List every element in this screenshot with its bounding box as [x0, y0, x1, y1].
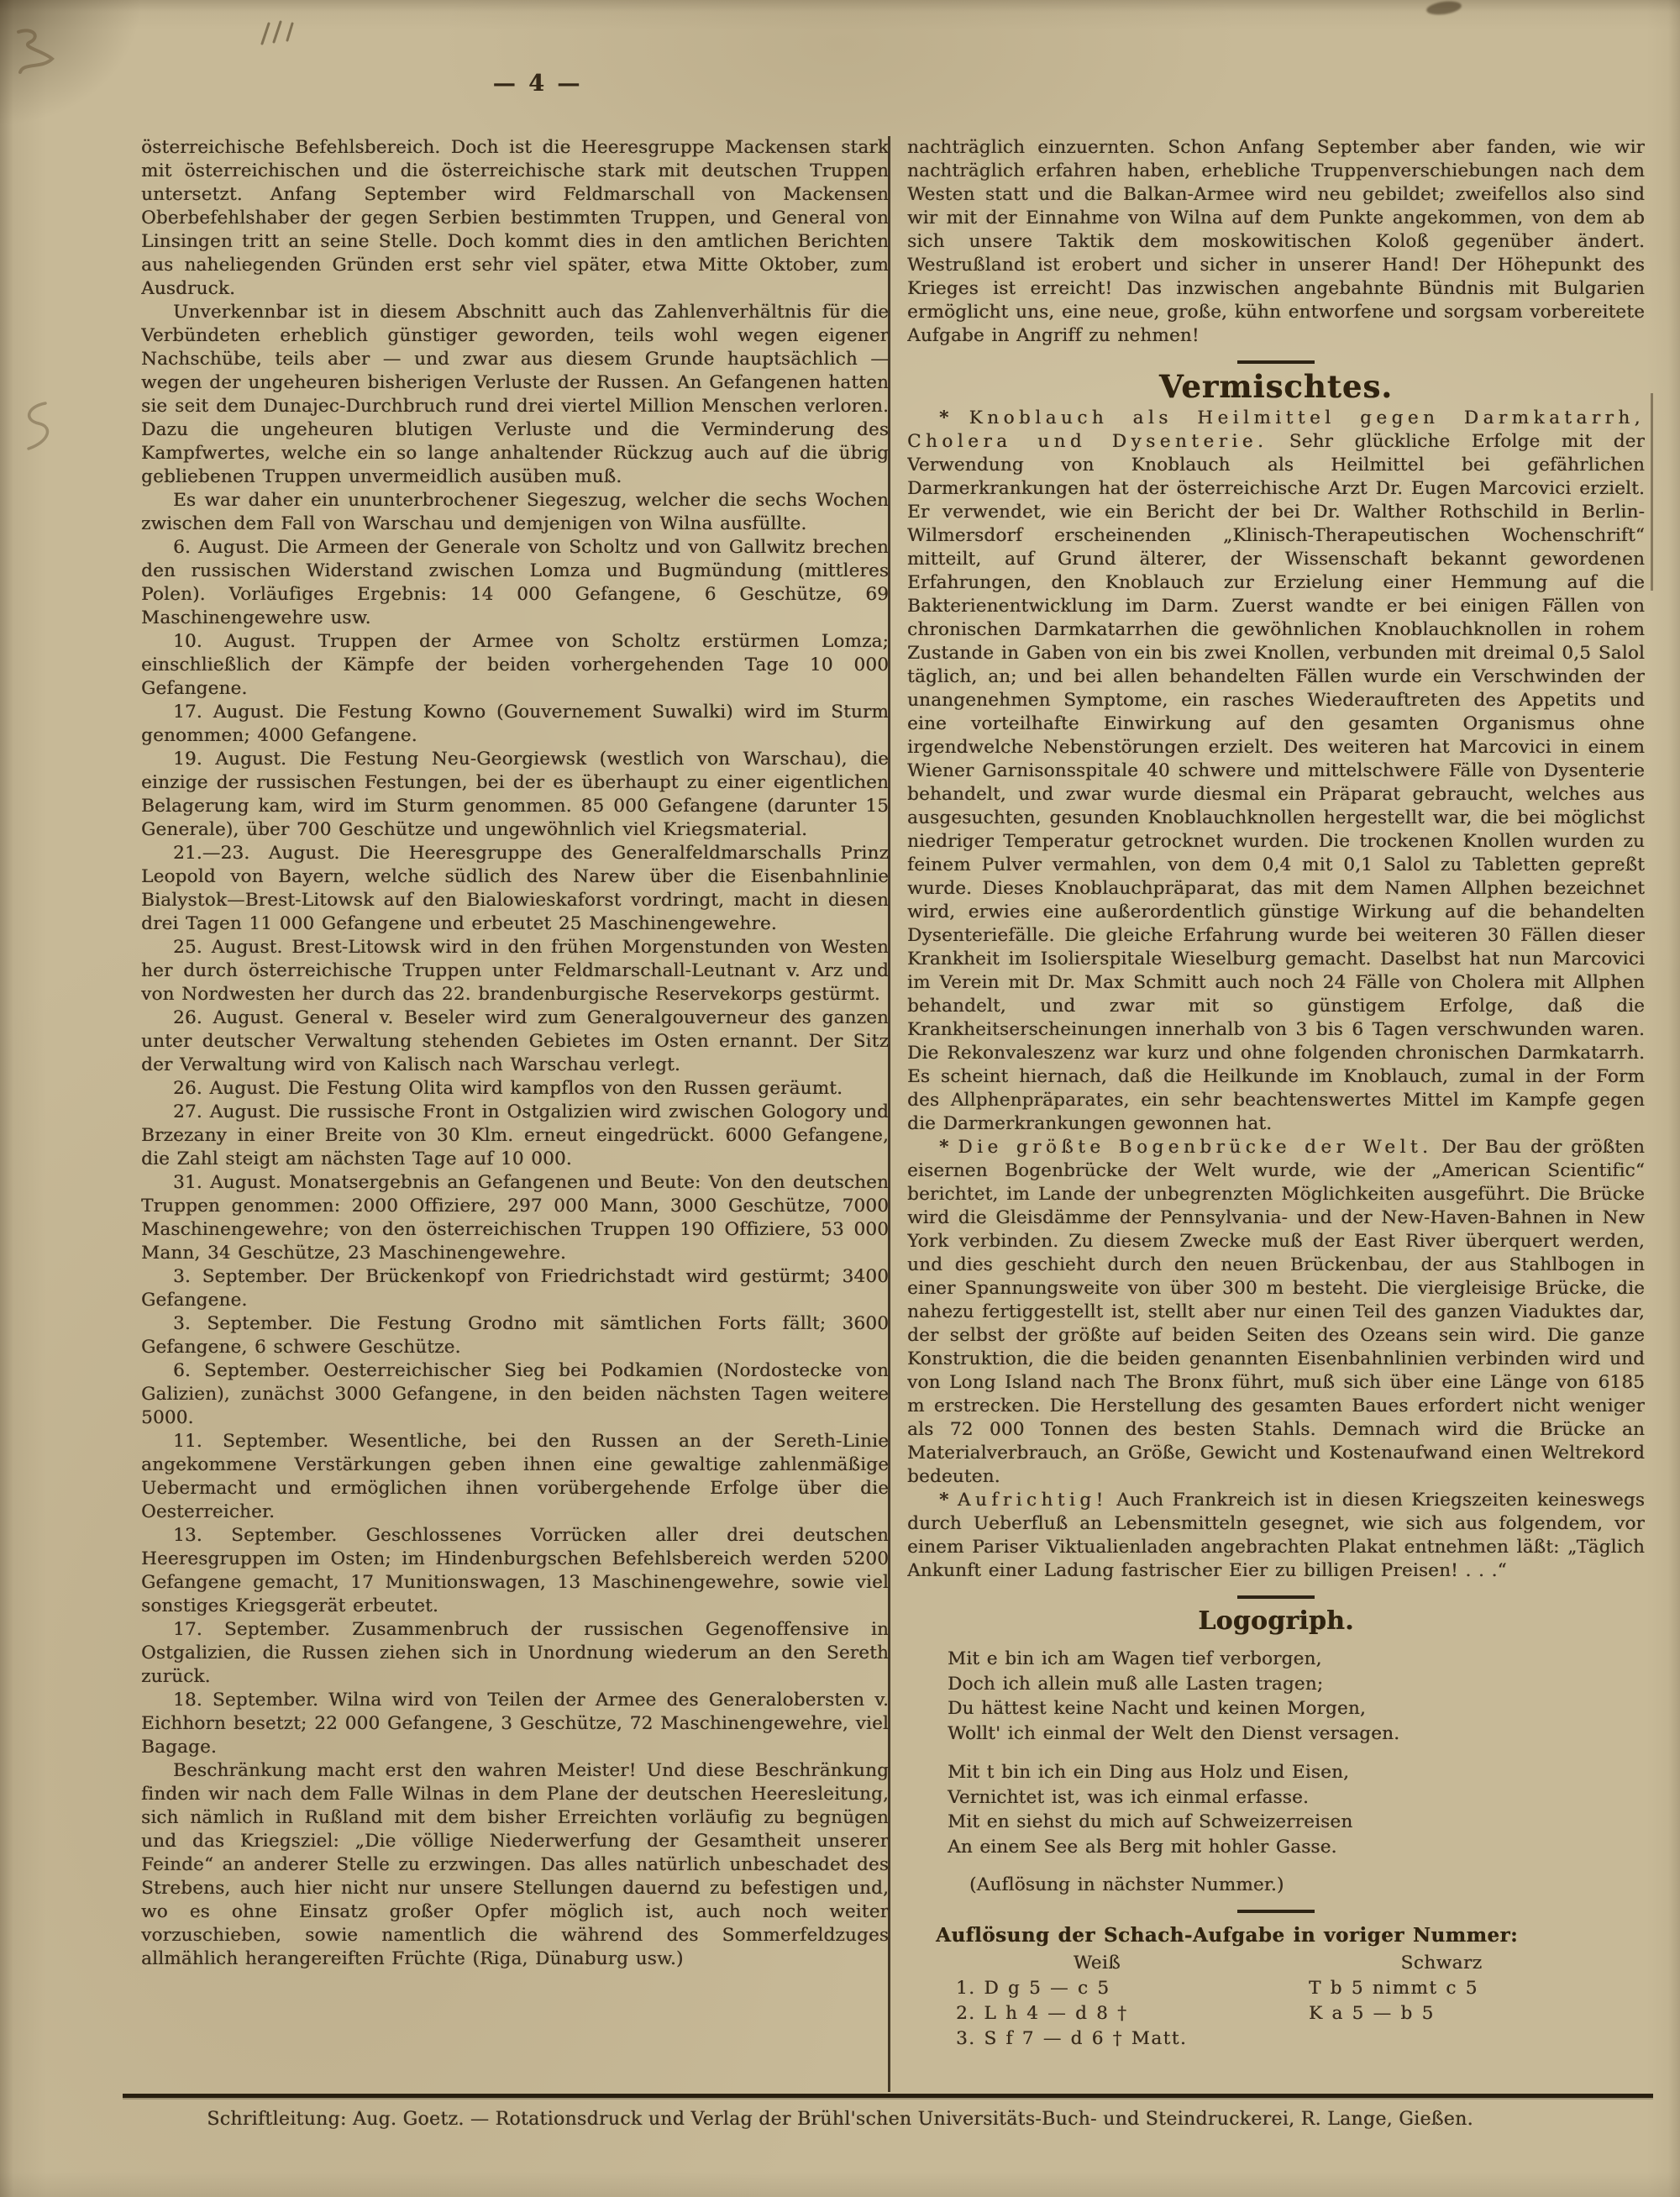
article-paragraph: 19. August. Die Festung Neu-Georgiewsk (…	[141, 748, 889, 842]
article-paragraph: 11. September. Wesentliche, bei den Russ…	[141, 1430, 889, 1524]
item-star-marker: *	[939, 1490, 948, 1511]
misc-news-item: * Knoblauch als Heilmittel gegen Darmkat…	[907, 407, 1645, 1136]
item-star-marker: *	[939, 1137, 948, 1158]
article-paragraph: 27. August. Die russische Front in Ostga…	[141, 1101, 889, 1171]
chess-white-header: Weiß	[937, 1951, 1257, 1976]
poem-stanza-1: Mit e bin ich am Wagen tief verborgen,Do…	[948, 1647, 1645, 1746]
black-move: T b 5 nimmt c 5	[1257, 1976, 1626, 2001]
poem-line: Mit e bin ich am Wagen tief verborgen,	[948, 1647, 1645, 1672]
chess-move-row: 3. S f 7 — d 6 † Matt.	[937, 2026, 1626, 2052]
article-paragraph: Beschränkung macht erst den wahren Meist…	[141, 1759, 889, 1971]
item-body-text: Sehr glückliche Erfolge mit der Verwendu…	[907, 431, 1645, 1134]
poem-line: Mit t bin ich ein Ding aus Holz und Eise…	[948, 1760, 1645, 1785]
article-paragraph: 26. August. General v. Beseler wird zum …	[141, 1007, 889, 1077]
logogriph-section-title: Logogriph.	[907, 1610, 1645, 1633]
item-star-marker: *	[939, 407, 948, 428]
article-paragraph: 6. August. Die Armeen der Generale von S…	[141, 536, 889, 630]
left-column: österreichische Befehlsbereich. Doch ist…	[141, 136, 889, 1971]
chess-solution-block: Auflösung der Schach-Aufgabe in voriger …	[907, 1924, 1645, 2052]
article-paragraph: 17. August. Die Festung Kowno (Gouvernem…	[141, 701, 889, 748]
scan-corner-shadow	[0, 0, 143, 126]
logogriph-solution-note: (Auflösung in nächster Nummer.)	[969, 1874, 1645, 1897]
page-edge-crease	[1651, 393, 1653, 591]
article-paragraph: Unverkennbar ist in diesem Abschnitt auc…	[141, 301, 889, 489]
article-paragraph: 13. September. Geschlossenes Vorrücken a…	[141, 1524, 889, 1618]
chess-move-row: 2. L h 4 — d 8 † K a 5 — b 5	[937, 2001, 1626, 2026]
poem-line: Du hättest keine Nacht und keinen Morgen…	[948, 1696, 1645, 1721]
chess-color-headers: Weiß Schwarz	[937, 1951, 1626, 1976]
article-paragraph: 25. August. Brest-Litowsk wird in den fr…	[141, 936, 889, 1007]
poem-line: Mit en siehst du mich auf Schweizerreise…	[948, 1810, 1645, 1835]
white-move: 1. D g 5 — c 5	[937, 1976, 1257, 2001]
misc-news-item: * Aufrichtig! Auch Frankreich ist in die…	[907, 1489, 1645, 1583]
vermischtes-items: * Knoblauch als Heilmittel gegen Darmkat…	[907, 407, 1645, 1583]
newspaper-page: — 4 — österreichische Befehlsbereich. Do…	[0, 0, 1680, 2197]
right-column: nachträglich einzuernten. Schon Anfang S…	[907, 136, 1645, 2052]
chess-move-row: 1. D g 5 — c 5 T b 5 nimmt c 5	[937, 1976, 1626, 2001]
chess-black-header: Schwarz	[1257, 1951, 1626, 1976]
ink-blotch	[1425, 0, 1462, 17]
item-lead-title: Die größte Bogenbrücke der Welt.	[958, 1137, 1432, 1158]
poem-line: Vernichtet ist, was ich einmal erfasse.	[948, 1785, 1645, 1811]
section-divider	[1237, 360, 1315, 364]
misc-news-item: * Die größte Bogenbrücke der Welt. Der B…	[907, 1136, 1645, 1489]
logogriph-poem: Mit e bin ich am Wagen tief verborgen,Do…	[948, 1647, 1645, 1859]
black-move	[1257, 2026, 1626, 2052]
chess-solution-title: Auflösung der Schach-Aufgabe in voriger …	[936, 1924, 1645, 1947]
chess-move-table: Weiß Schwarz 1. D g 5 — c 5 T b 5 nimmt …	[937, 1951, 1626, 2052]
vermischtes-section-title: Vermischtes.	[907, 375, 1645, 398]
article-paragraph: 10. August. Truppen der Armee von Scholt…	[141, 630, 889, 701]
white-move: 3. S f 7 — d 6 † Matt.	[937, 2026, 1257, 2052]
section-divider	[1237, 1595, 1315, 1599]
handwritten-mark	[252, 18, 302, 49]
article-paragraph: österreichische Befehlsbereich. Doch ist…	[141, 136, 889, 301]
poem-line: Wollt' ich einmal der Welt den Dienst ve…	[948, 1721, 1645, 1747]
article-continuation-paragraph: nachträglich einzuernten. Schon Anfang S…	[907, 136, 1645, 348]
poem-line: An einem See als Berg mit hohler Gasse.	[948, 1835, 1645, 1860]
item-body-text: Der Bau der größten eisernen Bogenbrücke…	[907, 1137, 1645, 1487]
article-paragraph: 3. September. Der Brückenkopf von Friedr…	[141, 1265, 889, 1312]
section-divider	[1237, 1910, 1315, 1913]
poem-stanza-2: Mit t bin ich ein Ding aus Holz und Eise…	[948, 1760, 1645, 1859]
article-paragraph: 3. September. Die Festung Grodno mit säm…	[141, 1312, 889, 1359]
imprint-line: Schriftleitung: Aug. Goetz. — Rotationsd…	[0, 2109, 1680, 2130]
article-paragraph: 17. September. Zusammenbruch der russisc…	[141, 1618, 889, 1689]
bottom-rule	[123, 2094, 1653, 2098]
article-paragraph: 18. September. Wilna wird von Teilen der…	[141, 1689, 889, 1759]
white-move: 2. L h 4 — d 8 †	[937, 2001, 1257, 2026]
article-paragraph: 21.—23. August. Die Heeresgruppe des Gen…	[141, 842, 889, 936]
item-lead-title: Aufrichtig!	[958, 1490, 1108, 1511]
article-paragraph: 31. August. Monatsergebnis an Gefangenen…	[141, 1171, 889, 1265]
article-paragraph: 6. September. Oesterreichischer Sieg bei…	[141, 1359, 889, 1430]
poem-line: Doch ich allein muß alle Lasten tragen;	[948, 1672, 1645, 1697]
page-number: — 4 —	[466, 71, 609, 97]
black-move: K a 5 — b 5	[1257, 2001, 1626, 2026]
chess-move-rows: 1. D g 5 — c 5 T b 5 nimmt c 5 2. L h 4 …	[937, 1976, 1626, 2052]
pencil-scribble	[12, 395, 62, 462]
article-paragraph: 26. August. Die Festung Olita wird kampf…	[141, 1077, 889, 1101]
article-paragraph: Es war daher ein ununterbrochener Sieges…	[141, 489, 889, 536]
